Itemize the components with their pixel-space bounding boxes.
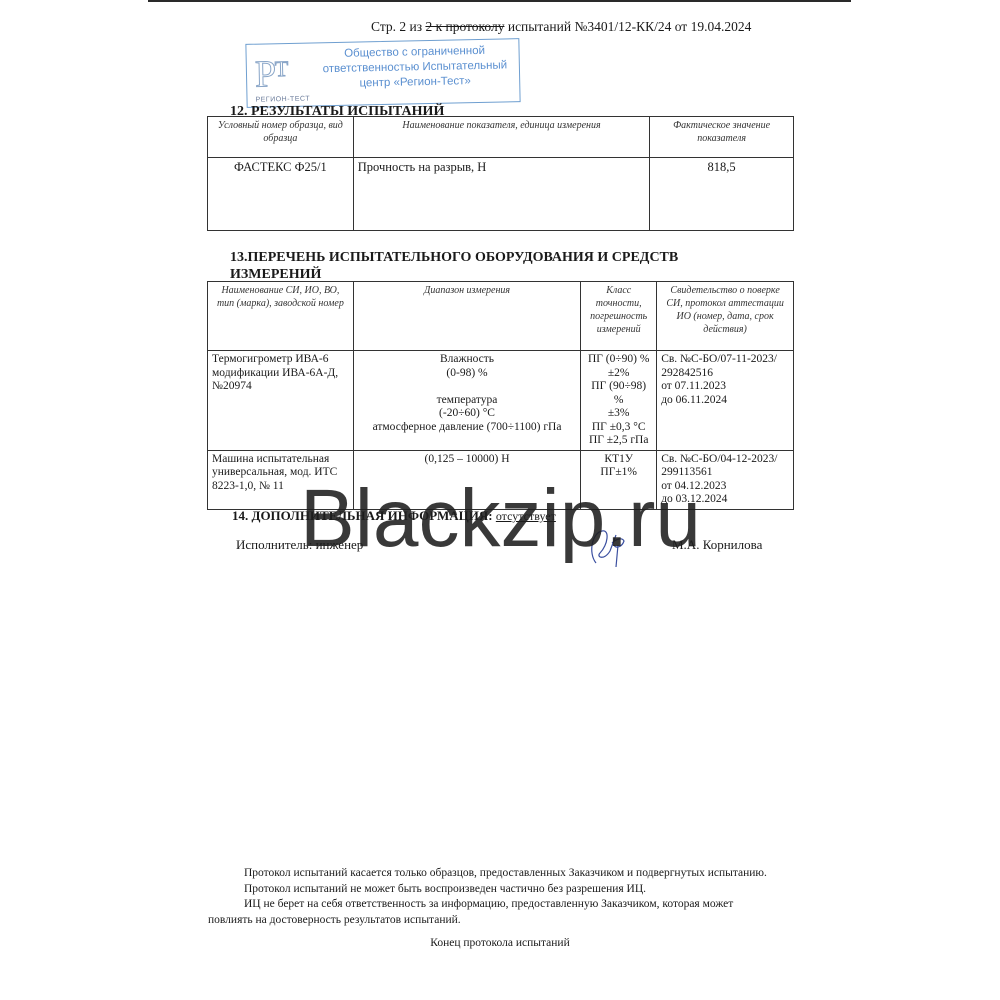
table-header-row: Условный номер образца, вид образца Наим… [208, 117, 794, 158]
header-suffix: испытаний №3401/12-КК/24 от 19.04.2024 [504, 19, 751, 34]
table-row: ФАСТЕКС Ф25/1 Прочность на разрыв, Н 818… [208, 158, 794, 231]
footnote: Протокол испытаний не может быть воспрои… [236, 882, 796, 898]
footnote: повлиять на достоверность результатов ис… [208, 913, 796, 929]
footnote: ИЦ не берет на себя ответственность за и… [236, 897, 796, 913]
column-header: Наименование СИ, ИО, ВО, тип (марка), за… [208, 282, 354, 351]
svg-text:P: P [255, 53, 277, 95]
column-header: Класс точности, погрешность измерений [581, 282, 657, 351]
column-header: Наименование показателя, единица измерен… [353, 117, 649, 158]
indicator-cell: Прочность на разрыв, Н [353, 158, 649, 231]
column-header: Диапазон измерения [353, 282, 580, 351]
sample-id-cell: ФАСТЕКС Ф25/1 [208, 158, 354, 231]
column-header: Свидетельство о поверке СИ, протокол атт… [657, 282, 794, 351]
stamp-logo-caption: РЕГИОН-ТЕСТ [255, 96, 310, 104]
watermark: Blackzip.ru [300, 478, 701, 560]
certificate-cell: Св. №С-БО/07-11-2023/ 292842516 от 07.11… [657, 351, 794, 451]
organization-stamp: P T РЕГИОН-ТЕСТ Общество с ограниченной … [245, 38, 520, 108]
value-cell: 818,5 [650, 158, 794, 231]
table-row: Термогигрометр ИВА-6 модификации ИВА-6А-… [208, 351, 794, 451]
equipment-name-cell: Термогигрометр ИВА-6 модификации ИВА-6А-… [208, 351, 354, 451]
column-header: Условный номер образца, вид образца [208, 117, 354, 158]
stamp-logo-icon: P T [255, 50, 296, 97]
range-cell: Влажность (0-98) % температура (-20÷60) … [353, 351, 580, 451]
results-table: Условный номер образца, вид образца Наим… [207, 116, 794, 231]
footnote: Протокол испытаний касается только образ… [236, 866, 796, 882]
footnotes: Протокол испытаний касается только образ… [236, 866, 796, 928]
header-prefix: Стр. 2 из [371, 19, 425, 34]
table-header-row: Наименование СИ, ИО, ВО, тип (марка), за… [208, 282, 794, 351]
stamp-text: Общество с ограниченной ответственностью… [312, 43, 517, 92]
svg-text:T: T [275, 56, 290, 81]
end-note: Конец протокола испытаний [0, 937, 1000, 949]
page-header: Стр. 2 из 2 к протоколу испытаний №3401/… [371, 19, 751, 35]
section-13-title: 13.ПЕРЕЧЕНЬ ИСПЫТАТЕЛЬНОГО ОБОРУДОВАНИЯ … [230, 249, 750, 283]
accuracy-cell: ПГ (0÷90) % ±2% ПГ (90÷98) % ±3% ПГ ±0,3… [581, 351, 657, 451]
header-struck-text: 2 к протоколу [425, 19, 504, 34]
column-header: Фактическое значение показателя [650, 117, 794, 158]
